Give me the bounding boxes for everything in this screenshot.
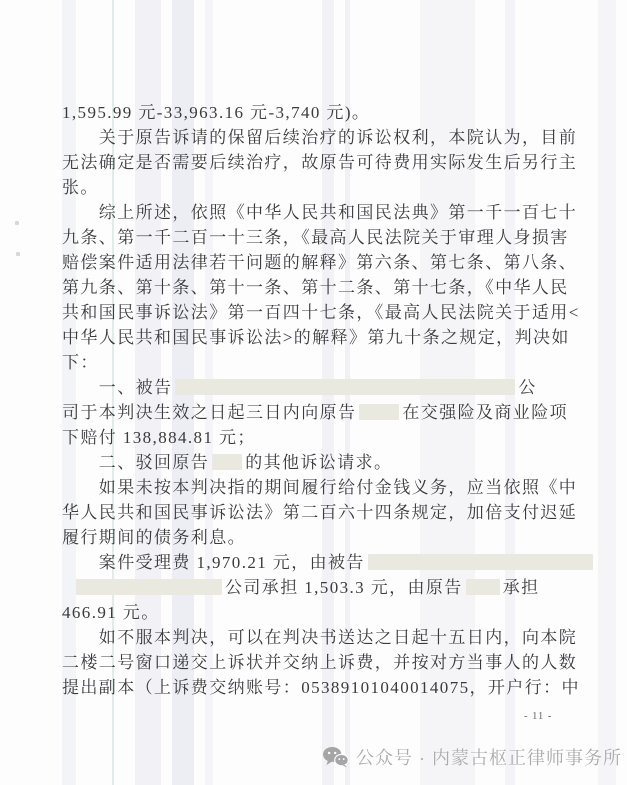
text-segment: 在交强险及商业险项 [402, 403, 568, 422]
document-line: 关于原告诉请的保留后续治疗的诉讼权利，本院认为，目前 [62, 125, 574, 150]
document-line: 1,595.99 元-33,963.16 元-3,740 元)。 [62, 100, 574, 125]
document-line: 中华人民共和国民事诉讼法>的解释》第九十条之规定，判决如 [62, 325, 574, 350]
text-segment: 下赔付 138,884.81 元； [62, 428, 256, 447]
text-segment: 二楼二号窗口递交上诉状并交纳上诉费，并按对方当事人的人数 [62, 653, 577, 672]
document-line: 九条、第一千二百一十三条，《最高人民法院关于审理人身损害 [62, 225, 574, 250]
document-line: 华人民共和国民事诉讼法》第二百六十四条规定，加倍支付迟延 [62, 500, 574, 525]
document-line: 公司承担 1,503.3 元，由原告承担 [62, 575, 574, 600]
text-segment: 承担 [503, 578, 540, 597]
text-segment: 共和国民事诉讼法》第一百四十七条，《最高人民法院关于适用< [62, 303, 580, 322]
document-line: 二、驳回原告的其他诉讼请求。 [62, 450, 574, 475]
scan-band [598, 0, 616, 785]
text-segment: 二、驳回原告 [62, 453, 209, 472]
text-segment: 公 [518, 378, 536, 397]
text-segment: 赔偿案件适用法律若干问题的解释》第六条、第七条、第八条、 [62, 253, 577, 272]
text-segment: 一、被告 [62, 378, 172, 397]
document-line: 466.91 元。 [62, 600, 574, 625]
redaction-box [359, 404, 399, 420]
text-segment: 如果未按本判决指的期间履行给付金钱义务，应当依照《中 [62, 478, 577, 497]
redaction-box [76, 579, 222, 595]
text-segment: 下： [62, 353, 99, 372]
text-segment: 张。 [62, 178, 99, 197]
document-line: 二楼二号窗口递交上诉状并交纳上诉费，并按对方当事人的人数 [62, 650, 574, 675]
document-body: 1,595.99 元-33,963.16 元-3,740 元)。 关于原告诉请的… [62, 100, 574, 700]
redaction-box [466, 579, 500, 595]
page-number: - 11 - [524, 711, 552, 722]
text-segment: 的其他诉讼请求。 [245, 453, 392, 472]
document-line: 案件受理费 1,970.21 元，由被告 [62, 550, 574, 575]
text-segment: 履行期间的债务利息。 [62, 528, 246, 547]
document-line: 共和国民事诉讼法》第一百四十七条，《最高人民法院关于适用< [62, 300, 574, 325]
document-line: 如果未按本判决指的期间履行给付金钱义务，应当依照《中 [62, 475, 574, 500]
document-line: 第九条、第十条、第十一条、第十二条、第十七条，《中华人民 [62, 275, 574, 300]
document-line: 履行期间的债务利息。 [62, 525, 574, 550]
text-segment: 华人民共和国民事诉讼法》第二百六十四条规定，加倍支付迟延 [62, 503, 577, 522]
document-line: 下： [62, 350, 574, 375]
document-line: 提出副本（上诉费交纳账号：05389101040014075，开户行：中 [62, 675, 574, 700]
text-segment: 466.91 元。 [62, 603, 160, 622]
document-line: 综上所述，依照《中华人民共和国民法典》第一千一百七十 [62, 200, 574, 225]
text-segment: 无法确定是否需要后续治疗，故原告可待费用实际发生后另行主 [62, 153, 577, 172]
text-segment: 九条、第一千二百一十三条，《最高人民法院关于审理人身损害 [62, 228, 569, 247]
document-line: 如不服本判决，可以在判决书送达之日起十五日内，向本院 [62, 625, 574, 650]
document-line: 一、被告公 [62, 375, 574, 400]
text-segment: 提出副本（上诉费交纳账号：05389101040014075，开户行：中 [62, 678, 580, 697]
document-line: 张。 [62, 175, 574, 200]
text-segment: 公司承担 1,503.3 元，由原告 [225, 578, 463, 597]
redaction-box [175, 379, 515, 395]
text-segment: 中华人民共和国民事诉讼法>的解释》第九十条之规定，判决如 [62, 328, 570, 347]
text-segment: 如不服本判决，可以在判决书送达之日起十五日内，向本院 [62, 628, 577, 647]
text-segment: 1,595.99 元-33,963.16 元-3,740 元)。 [62, 103, 370, 122]
text-segment: 综上所述，依照《中华人民共和国民法典》第一千一百七十 [62, 203, 577, 222]
wechat-watermark: 公众号 · 内蒙古枢正律师事务所 [322, 744, 622, 770]
text-segment: 司于本判决生效之日起三日内向原告 [62, 403, 356, 422]
watermark-label: 公众号 · 内蒙古枢正律师事务所 [356, 744, 622, 770]
wechat-icon [322, 746, 349, 768]
redaction-box [368, 554, 593, 570]
scan-speck [16, 252, 20, 256]
document-line: 下赔付 138,884.81 元； [62, 425, 574, 450]
scanned-court-judgment-page: 1,595.99 元-33,963.16 元-3,740 元)。 关于原告诉请的… [0, 0, 627, 785]
text-segment: 第九条、第十条、第十一条、第十二条、第十七条，《中华人民 [62, 278, 569, 297]
text-segment: 关于原告诉请的保留后续治疗的诉讼权利，本院认为，目前 [62, 128, 577, 147]
redaction-box [212, 454, 242, 470]
document-line: 司于本判决生效之日起三日内向原告在交强险及商业险项 [62, 400, 574, 425]
scan-speck [15, 221, 19, 225]
document-line: 无法确定是否需要后续治疗，故原告可待费用实际发生后另行主 [62, 150, 574, 175]
text-segment: 案件受理费 1,970.21 元，由被告 [62, 553, 365, 572]
document-line: 赔偿案件适用法律若干问题的解释》第六条、第七条、第八条、 [62, 250, 574, 275]
